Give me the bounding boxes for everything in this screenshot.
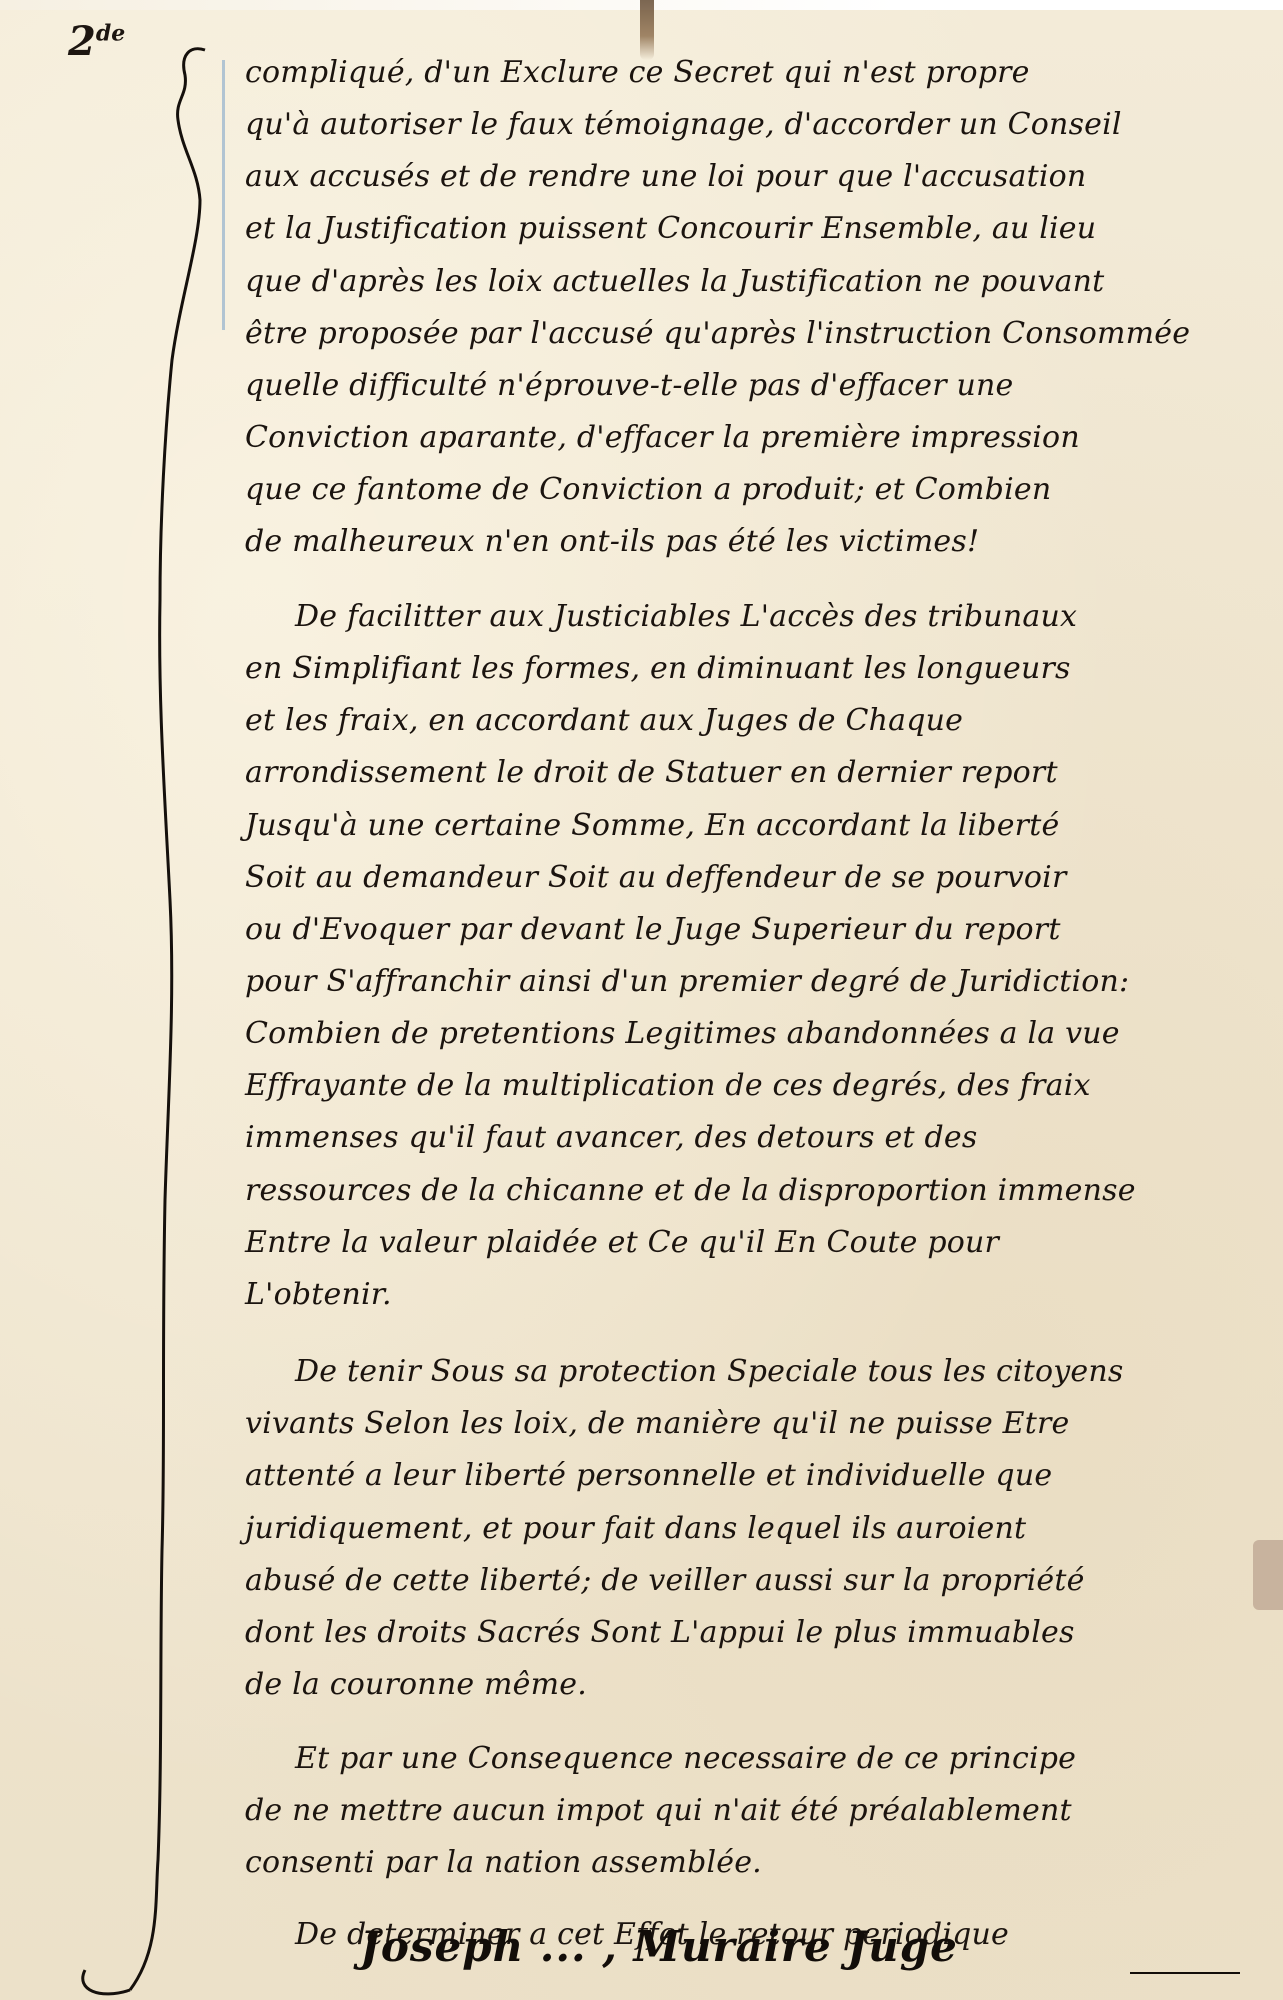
manuscript-line: abusé de cette liberté; de veiller aussi… [245,1563,1085,1598]
manuscript-line: de malheureux n'en ont-ils pas été les v… [245,524,979,559]
manuscript-line: L'obtenir. [245,1277,392,1312]
manuscript-line: dont les droits Sacrés Sont L'appui le p… [245,1615,1075,1650]
manuscript-line: De facilitter aux Justiciables L'accès d… [295,599,1077,634]
page-marker-suffix: de [96,21,125,47]
manuscript-line: et la Justification puissent Concourir E… [245,211,1096,246]
page-marker-number: 2 [68,18,96,65]
paper-tear [640,0,654,60]
manuscript-line: quelle difficulté n'éprouve-t-elle pas d… [245,368,1014,403]
manuscript-line: Jusqu'à une certaine Somme, En accordant… [245,808,1059,843]
manuscript-line: qu'à autoriser le faux témoignage, d'acc… [245,107,1122,142]
manuscript-line: vivants Selon les loix, de manière qu'il… [245,1406,1070,1441]
manuscript-line: et les fraix, en accordant aux Juges de … [245,703,963,738]
manuscript-line: De tenir Sous sa protection Speciale tou… [295,1354,1123,1389]
manuscript-line: Et par une Consequence necessaire de ce … [295,1741,1076,1776]
manuscript-line: Entre la valeur plaidée et Ce qu'il En C… [245,1225,999,1260]
manuscript-page: 2de compliqué, d'un Exclure ce Secret qu… [0,0,1283,2000]
manuscript-line: Conviction aparante, d'effacer la premiè… [245,420,1080,455]
manuscript-line: immenses qu'il faut avancer, des detours… [245,1120,977,1155]
manuscript-line: ressources de la chicanne et de la dispr… [245,1173,1136,1208]
manuscript-line: que ce fantome de Conviction a produit; … [245,472,1051,507]
signature-underline [1130,1972,1240,1974]
paper-stain [1253,1540,1283,1610]
page-marker: 2de [68,18,125,65]
manuscript-line: compliqué, d'un Exclure ce Secret qui n'… [245,55,1030,90]
manuscript-line: être proposée par l'accusé qu'après l'in… [245,316,1190,351]
blue-margin-rule [222,60,225,330]
manuscript-line: consenti par la nation assemblée. [245,1845,762,1880]
manuscript-line: que d'après les loix actuelles la Justif… [245,264,1104,299]
manuscript-line: pour S'affranchir ainsi d'un premier deg… [245,964,1129,999]
manuscript-line: aux accusés et de rendre une loi pour qu… [245,159,1086,194]
manuscript-line: attenté a leur liberté personnelle et in… [245,1458,1052,1493]
manuscript-line: Effrayante de la multiplication de ces d… [245,1068,1091,1103]
manuscript-line: ou d'Evoquer par devant le Juge Superieu… [245,912,1061,947]
manuscript-line: de la couronne même. [245,1667,587,1702]
manuscript-line: Soit au demandeur Soit au deffendeur de … [245,860,1067,895]
manuscript-line: en Simplifiant les formes, en diminuant … [245,651,1071,686]
manuscript-line: Combien de pretentions Legitimes abandon… [245,1016,1120,1051]
manuscript-line: juridiquement, et pour fait dans lequel … [245,1511,1026,1546]
manuscript-line: arrondissement le droit de Statuer en de… [245,755,1058,790]
signature: Joseph ... , Muraire Juge [360,1922,958,1971]
manuscript-line: de ne mettre aucun impot qui n'ait été p… [245,1793,1072,1828]
